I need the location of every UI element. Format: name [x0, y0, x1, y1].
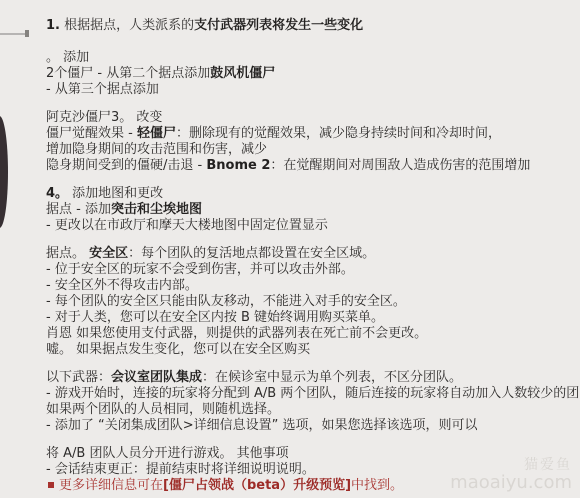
text-line: 1. 根据据点，人类派系的支付武器列表将发生一些变化	[46, 18, 580, 34]
text-segment: 根据据点，人类派系的	[60, 18, 194, 33]
text-line: - 从第三个据点添加	[46, 82, 580, 98]
text-segment: ：在觉醒期间对周围敌人造成伤害的范围增加	[270, 158, 530, 173]
text-segment: [僵尸占领战（beta）升级预览]	[163, 478, 351, 493]
text-line: 以下武器：会议室团队集成：在候诊室中显示为单个列表，不区分团队。	[46, 370, 580, 386]
text-segment: 。 添加	[46, 50, 89, 65]
text-segment: 如果两个团队的人员相同，则随机选择。	[46, 402, 280, 417]
text-segment: 据点。	[46, 246, 89, 261]
paragraph: 阿克沙僵尸3。 改变僵尸觉醒效果 - 轻僵尸：删除现有的觉醒效果，减少隐身持续时…	[46, 110, 580, 174]
text-segment: ：在候诊室中显示为单个列表，不区分团队。	[202, 370, 462, 385]
text-line: 如果两个团队的人员相同，则随机选择。	[46, 402, 580, 418]
text-line: 阿克沙僵尸3。 改变	[46, 110, 580, 126]
text-segment: - 每个团队的安全区只能由队友移动，不能进入对手的安全区。	[46, 294, 406, 309]
text-segment: - 游戏开始时，连接的玩家将分配到 A/B 两个团队，随后连接的玩家将自动加入人…	[46, 386, 580, 401]
text-segment: - 从第三个据点添加	[46, 82, 159, 97]
text-segment: 嘘。 如果据点发生变化，您可以在安全区购买	[46, 342, 310, 357]
text-segment: 肖恩 如果您使用支付武器，则提供的武器列表在死亡前不会更改。	[46, 326, 427, 341]
text-segment: 安全区	[89, 246, 128, 261]
watermark: 猫爱鱼 maoaiyu.com	[450, 457, 572, 493]
text-segment: 阿克沙僵尸3。 改变	[46, 110, 162, 125]
text-segment: - 对于人类，您可以在安全区内按 B 键始终调用购买菜单。	[46, 310, 384, 325]
paragraph: 据点。 安全区：每个团队的复活地点都设置在安全区域。- 位于安全区的玩家不会受到…	[46, 246, 580, 358]
ruler-line	[0, 33, 26, 35]
text-line: - 更改以在市政厅和摩天大楼地图中固定位置显示	[46, 218, 580, 234]
text-line: - 位于安全区的玩家不会受到伤害，并可以攻击外部。	[46, 262, 580, 278]
document-body: 1. 根据据点，人类派系的支付武器列表将发生一些变化。 添加2个僵尸 - 从第二…	[46, 18, 580, 498]
text-segment: 添加地图和更改	[68, 186, 163, 201]
text-segment: - 会话结束更正：提前结束时将详细说明说明。	[46, 462, 315, 477]
dark-arc-decoration	[0, 116, 8, 228]
red-square-bullet	[48, 482, 54, 488]
ruler-handle	[25, 30, 29, 37]
paragraph: 4。 添加地图和更改据点 - 添加突击和尘埃地图- 更改以在市政厅和摩天大楼地图…	[46, 186, 580, 234]
text-segment: 据点 - 添加	[46, 202, 111, 217]
text-segment: 轻僵尸	[137, 126, 176, 141]
paragraph: 1. 根据据点，人类派系的支付武器列表将发生一些变化	[46, 18, 580, 34]
text-line: - 安全区外不得攻击内部。	[46, 278, 580, 294]
text-segment: - 添加了 “关闭集成团队>详细信息设置” 选项，如果您选择该选项，则可以	[46, 418, 477, 433]
text-segment: 中找到。	[351, 478, 403, 493]
watermark-cn: 猫爱鱼	[450, 457, 572, 473]
text-line: - 对于人类，您可以在安全区内按 B 键始终调用购买菜单。	[46, 310, 580, 326]
text-line: 据点 - 添加突击和尘埃地图	[46, 202, 580, 218]
text-segment: 鼓风机僵尸	[210, 66, 275, 81]
text-segment: Bnome 2	[206, 158, 270, 173]
text-line: 嘘。 如果据点发生变化，您可以在安全区购买	[46, 342, 580, 358]
text-line: 据点。 安全区：每个团队的复活地点都设置在安全区域。	[46, 246, 580, 262]
text-line: 。 添加	[46, 50, 580, 66]
text-segment: 隐身期间受到的僵硬/击退 -	[46, 158, 206, 173]
watermark-site: maoaiyu.com	[450, 473, 572, 493]
text-line: - 每个团队的安全区只能由队友移动，不能进入对手的安全区。	[46, 294, 580, 310]
text-segment: ：每个团队的复活地点都设置在安全区域。	[128, 246, 375, 261]
text-line: 肖恩 如果您使用支付武器，则提供的武器列表在死亡前不会更改。	[46, 326, 580, 342]
text-line: 隐身期间受到的僵硬/击退 - Bnome 2：在觉醒期间对周围敌人造成伤害的范围…	[46, 158, 580, 174]
text-segment: 僵尸觉醒效果 -	[46, 126, 137, 141]
text-segment: - 更改以在市政厅和摩天大楼地图中固定位置显示	[46, 218, 328, 233]
paragraph: 以下武器：会议室团队集成：在候诊室中显示为单个列表，不区分团队。- 游戏开始时，…	[46, 370, 580, 434]
text-line: - 添加了 “关闭集成团队>详细信息设置” 选项，如果您选择该选项，则可以	[46, 418, 580, 434]
text-line: 2个僵尸 - 从第二个据点添加鼓风机僵尸	[46, 66, 580, 82]
text-line: - 游戏开始时，连接的玩家将分配到 A/B 两个团队，随后连接的玩家将自动加入人…	[46, 386, 580, 402]
text-segment: 会议室团队集成	[111, 370, 202, 385]
text-segment: 支付武器列表将发生一些变化	[194, 18, 363, 33]
text-segment: 4。	[46, 186, 68, 201]
text-segment: 1.	[46, 18, 60, 33]
text-segment: 将 A/B 团队人员分开进行游戏。 其他事项	[46, 446, 289, 461]
text-segment: 更多详细信息可在	[59, 478, 163, 493]
text-line: 增加隐身期间的攻击范围和伤害，减少	[46, 142, 580, 158]
text-segment: ：删除现有的觉醒效果，减少隐身持续时间和冷却时间，	[176, 126, 501, 141]
text-segment: - 安全区外不得攻击内部。	[46, 278, 198, 293]
text-segment: 突击和尘埃地图	[111, 202, 202, 217]
text-segment: 2个僵尸 - 从第二个据点添加	[46, 66, 210, 81]
text-line: 僵尸觉醒效果 - 轻僵尸：删除现有的觉醒效果，减少隐身持续时间和冷却时间，	[46, 126, 580, 142]
text-segment: - 位于安全区的玩家不会受到伤害，并可以攻击外部。	[46, 262, 354, 277]
text-segment: 以下武器：	[46, 370, 111, 385]
text-segment: 增加隐身期间的攻击范围和伤害，减少	[46, 142, 267, 157]
paragraph: 。 添加2个僵尸 - 从第二个据点添加鼓风机僵尸- 从第三个据点添加	[46, 50, 580, 98]
text-line: 4。 添加地图和更改	[46, 186, 580, 202]
